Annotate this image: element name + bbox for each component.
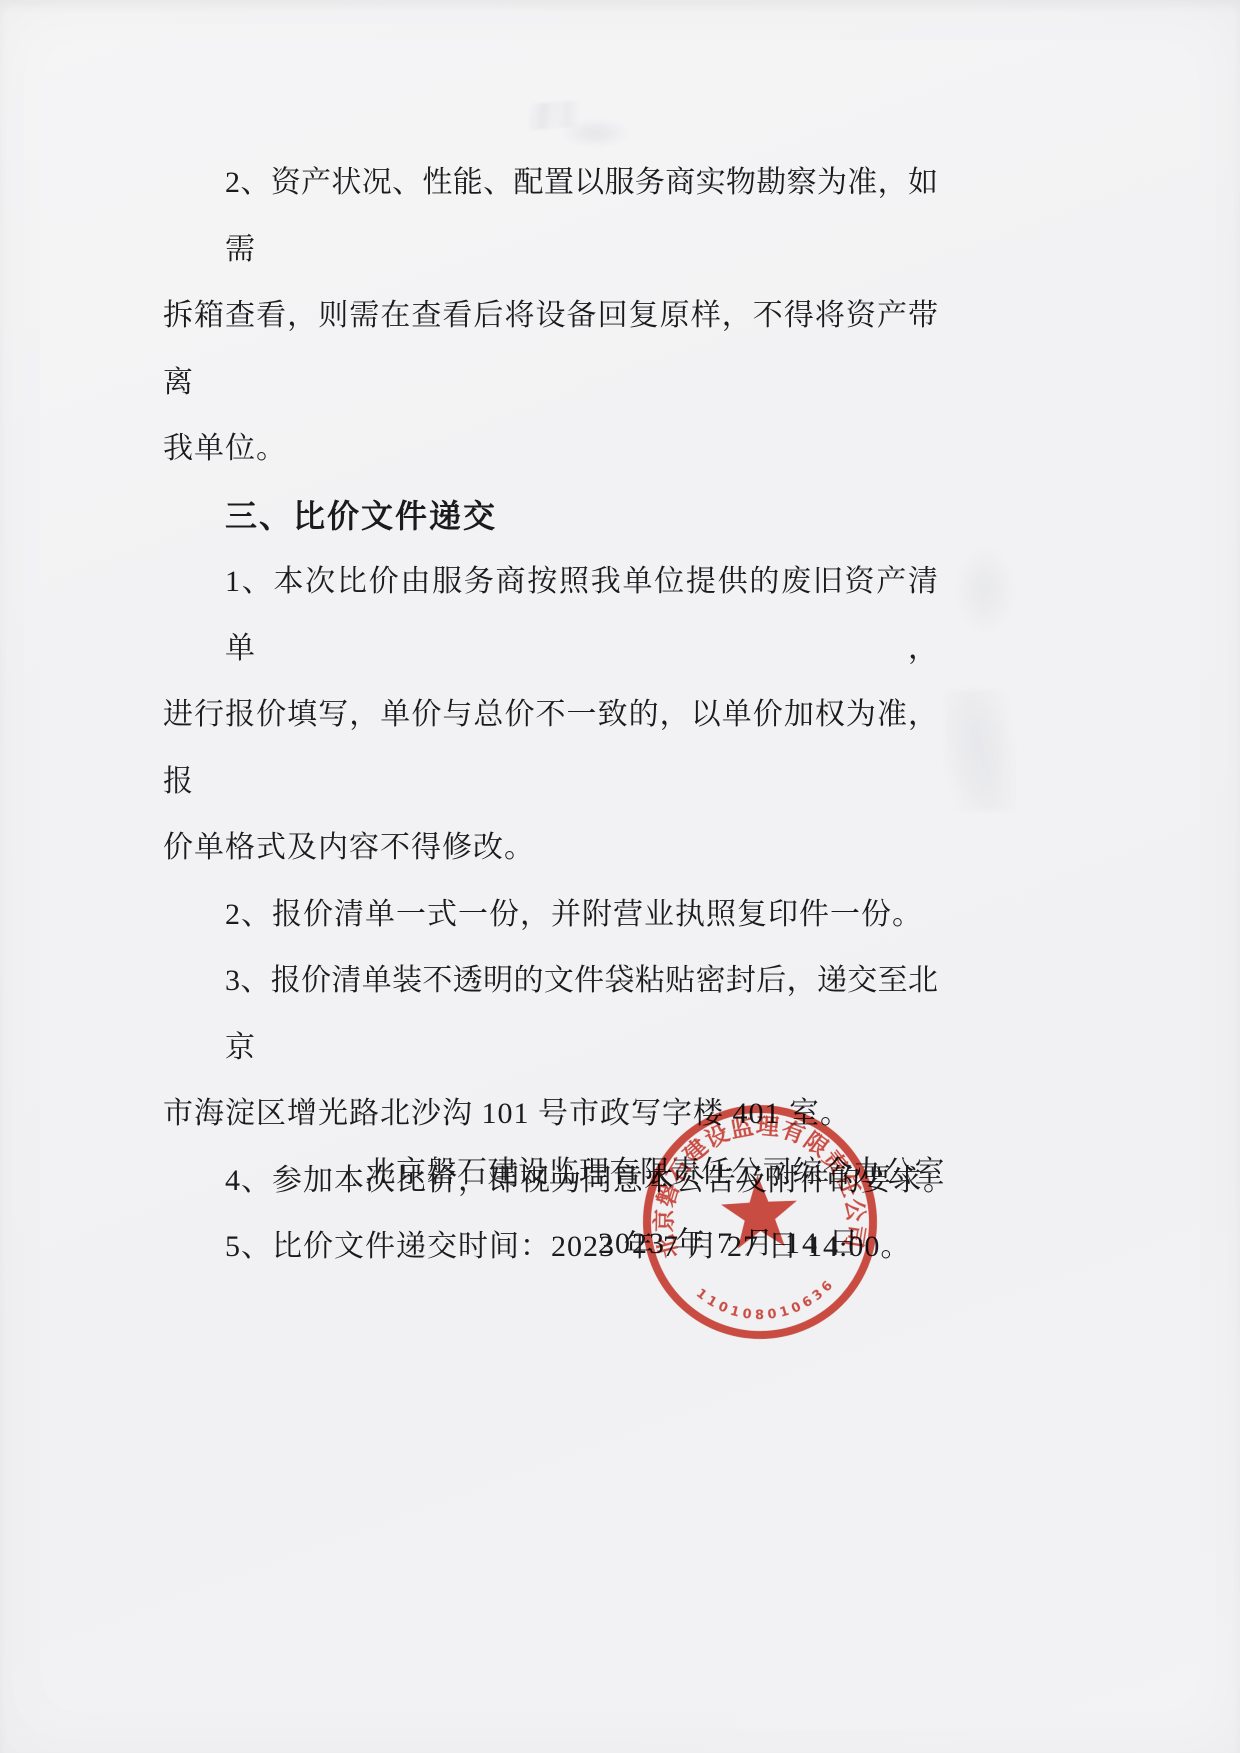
scan-smudge xyxy=(560,118,630,148)
section-heading: 三、比价文件递交 xyxy=(163,483,938,550)
scanned-document-page: 2、资产状况、性能、配置以服务商实物勘察为准，如需拆箱查看，则需在查看后将设备回… xyxy=(0,0,1240,1753)
scan-smudge xyxy=(955,545,1015,635)
text-line: 拆箱查看，则需在查看后将设备回复原样，不得将资产带离 xyxy=(163,283,938,416)
text-line: 1、本次比价由服务商按照我单位提供的废旧资产清单， xyxy=(163,549,938,682)
text-line: 我单位。 xyxy=(163,416,938,483)
scan-smudge xyxy=(945,690,1015,810)
star-icon xyxy=(720,1173,800,1249)
text-line: 进行报价填写，单价与总价不一致的，以单价加权为准，报 xyxy=(163,682,938,815)
official-seal-stamp: 北京磐石建设监理有限责任公司 1101080106369 xyxy=(592,1054,928,1390)
text-line: 价单格式及内容不得修改。 xyxy=(163,815,938,882)
seal-number-text: 1101080106369 xyxy=(592,1054,841,1332)
paper-crease xyxy=(467,98,618,134)
seal-graphic: 北京磐石建设监理有限责任公司 1101080106369 xyxy=(592,1054,928,1390)
text-line: 2、资产状况、性能、配置以服务商实物勘察为准，如需 xyxy=(163,150,938,283)
text-line: 2、报价清单一式一份，并附营业执照复印件一份。 xyxy=(163,882,938,949)
